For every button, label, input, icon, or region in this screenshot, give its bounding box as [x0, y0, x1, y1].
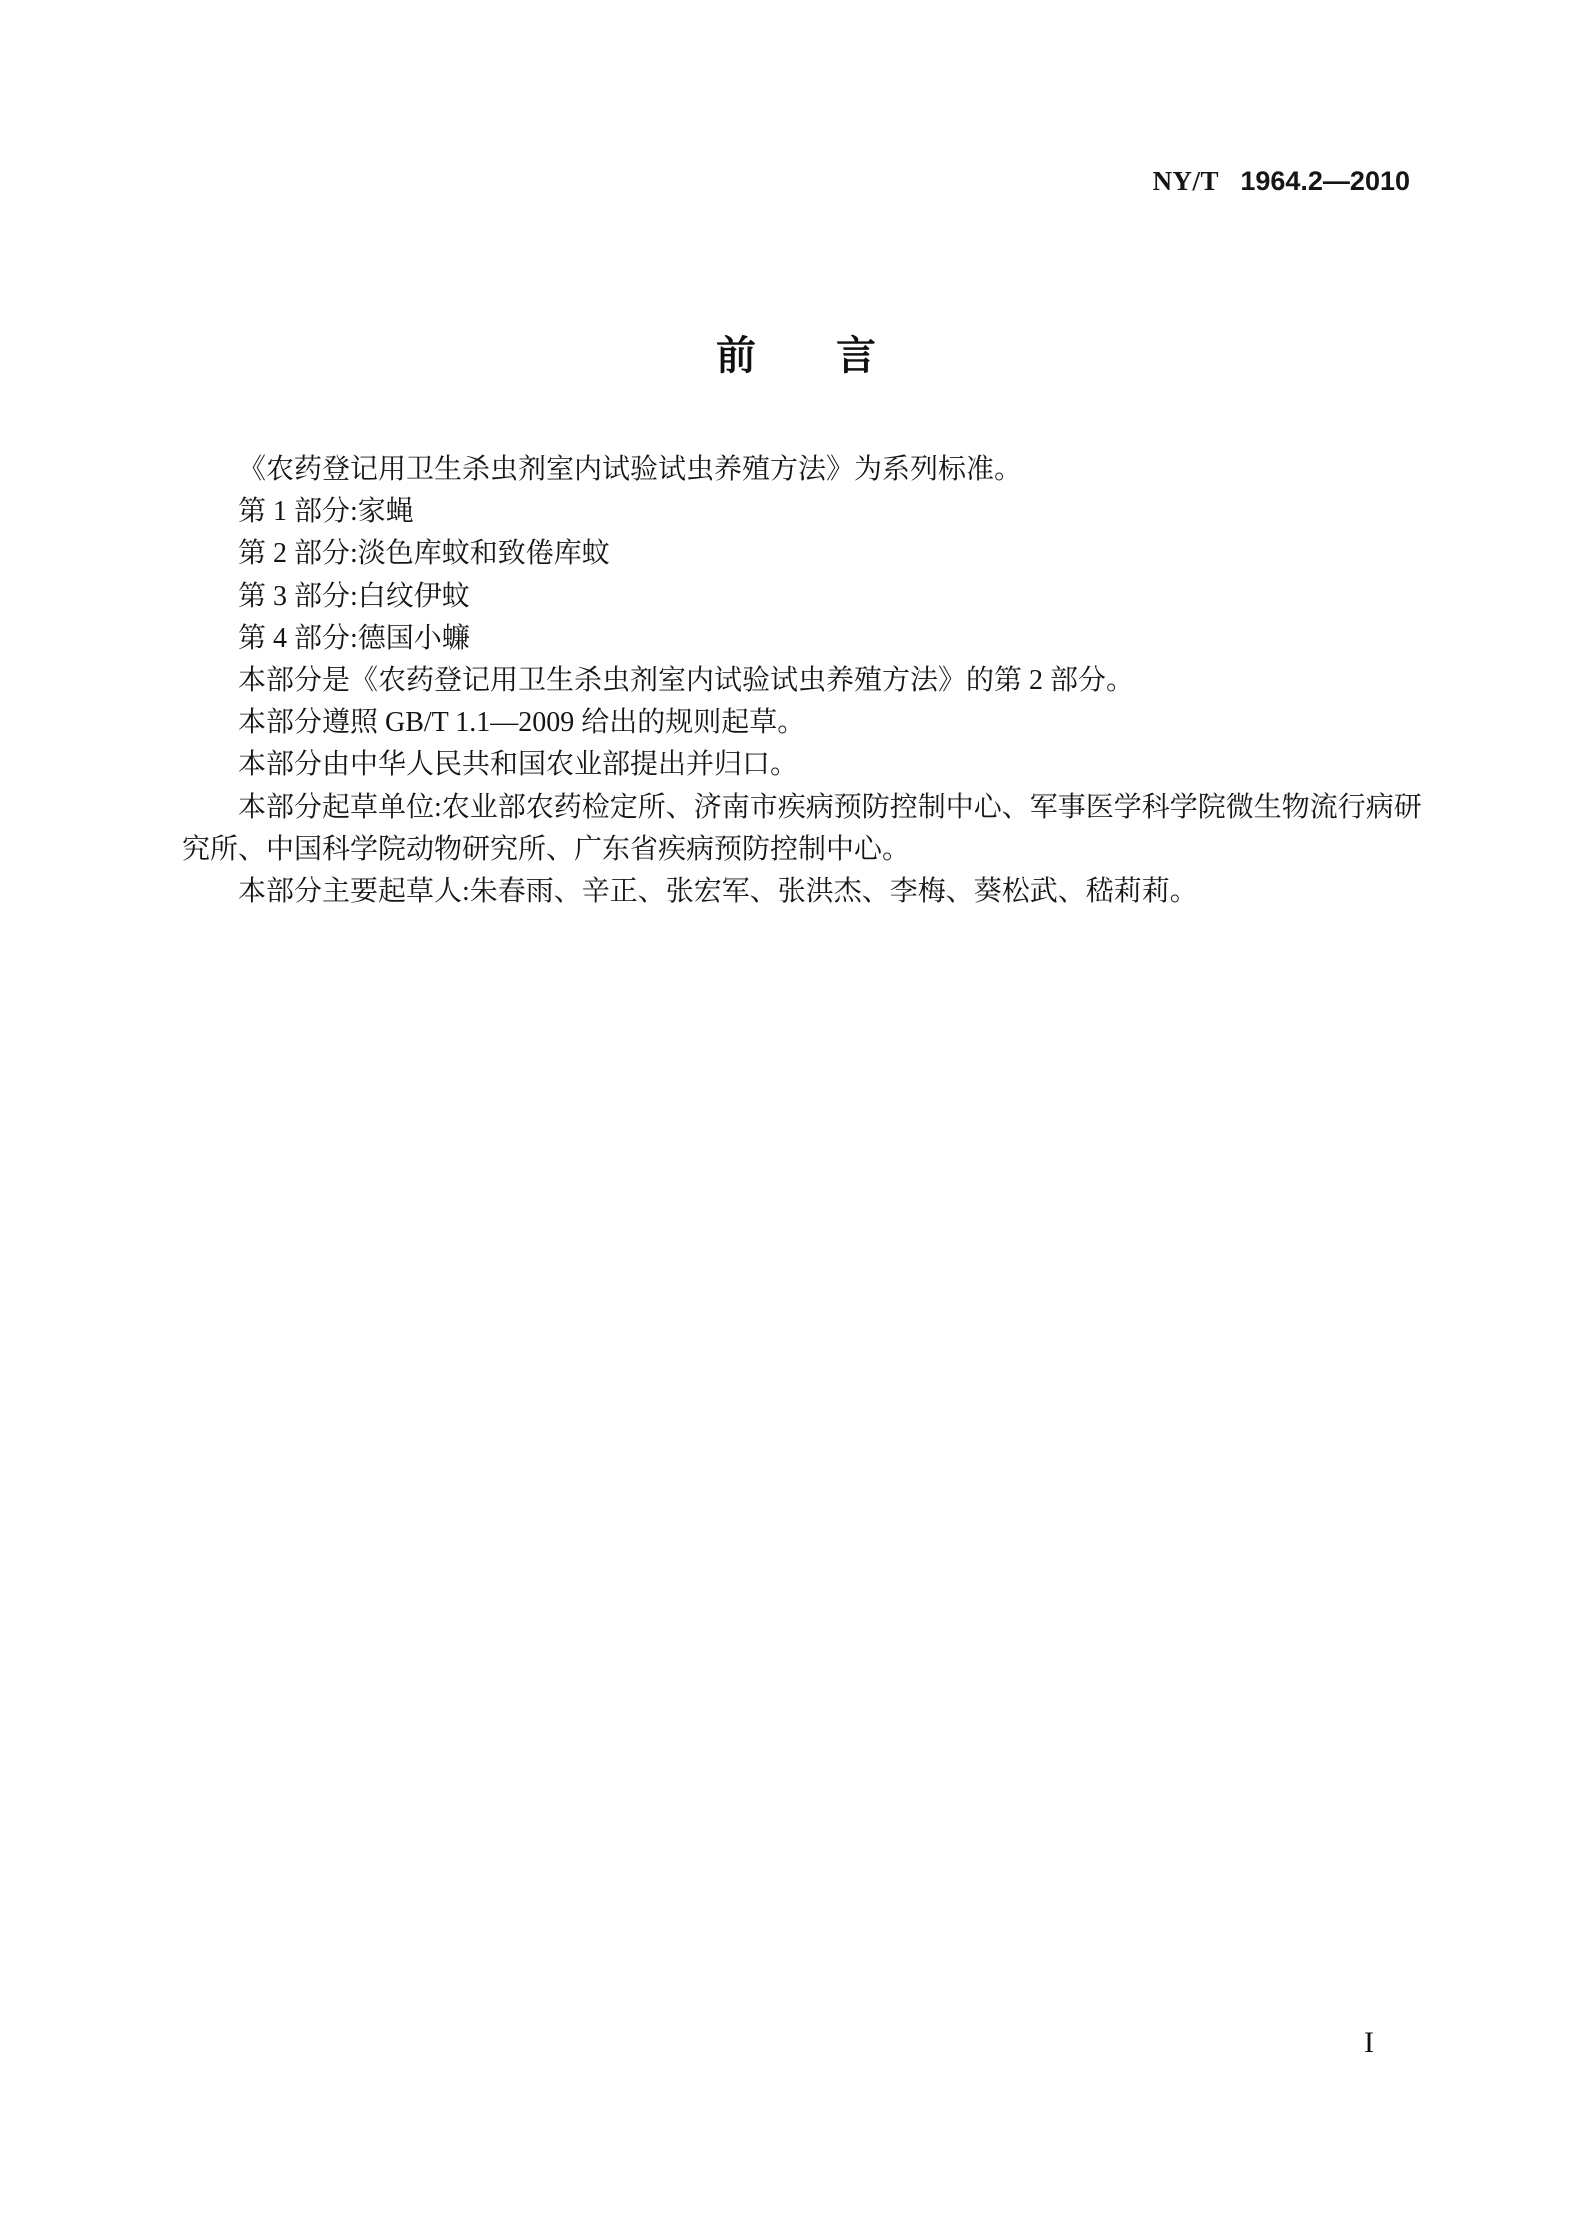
foreword-line: 第 3 部分:白纹伊蚊 [182, 576, 1442, 618]
page-title: 前 言 [716, 324, 876, 381]
page-title-row: 前 言 [182, 324, 1410, 381]
foreword-line-continuation: 究所、中国科学院动物研究所、广东省疾病预防控制中心。 [182, 829, 1442, 871]
foreword-line: 本部分起草单位:农业部农药检定所、济南市疾病预防控制中心、军事医学科学院微生物流… [182, 787, 1442, 829]
page-number: I [1364, 2026, 1374, 2060]
foreword-body: 《农药登记用卫生杀虫剂室内试验试虫养殖方法》为系列标准。 第 1 部分:家蝇 第… [182, 449, 1442, 913]
standard-code-number: 1964.2—2010 [1240, 166, 1410, 196]
standard-code-prefix: NY/T [1153, 166, 1219, 196]
foreword-line: 本部分主要起草人:朱春雨、辛正、张宏军、张洪杰、李梅、葵松武、嵇莉莉。 [182, 871, 1442, 913]
foreword-line: 《农药登记用卫生杀虫剂室内试验试虫养殖方法》为系列标准。 [182, 449, 1442, 491]
foreword-line: 本部分由中华人民共和国农业部提出并归口。 [182, 744, 1442, 786]
foreword-line: 本部分是《农药登记用卫生杀虫剂室内试验试虫养殖方法》的第 2 部分。 [182, 660, 1442, 702]
foreword-line: 第 2 部分:淡色库蚊和致倦库蚊 [182, 533, 1442, 575]
foreword-line: 本部分遵照 GB/T 1.1—2009 给出的规则起草。 [182, 702, 1442, 744]
document-page: NY/T 1964.2—2010 前 言 《农药登记用卫生杀虫剂室内试验试虫养殖… [0, 0, 1589, 2223]
foreword-line: 第 1 部分:家蝇 [182, 491, 1442, 533]
standard-code-space [1226, 166, 1233, 196]
standard-code: NY/T 1964.2—2010 [1153, 166, 1410, 197]
foreword-line: 第 4 部分:德国小蠊 [182, 618, 1442, 660]
